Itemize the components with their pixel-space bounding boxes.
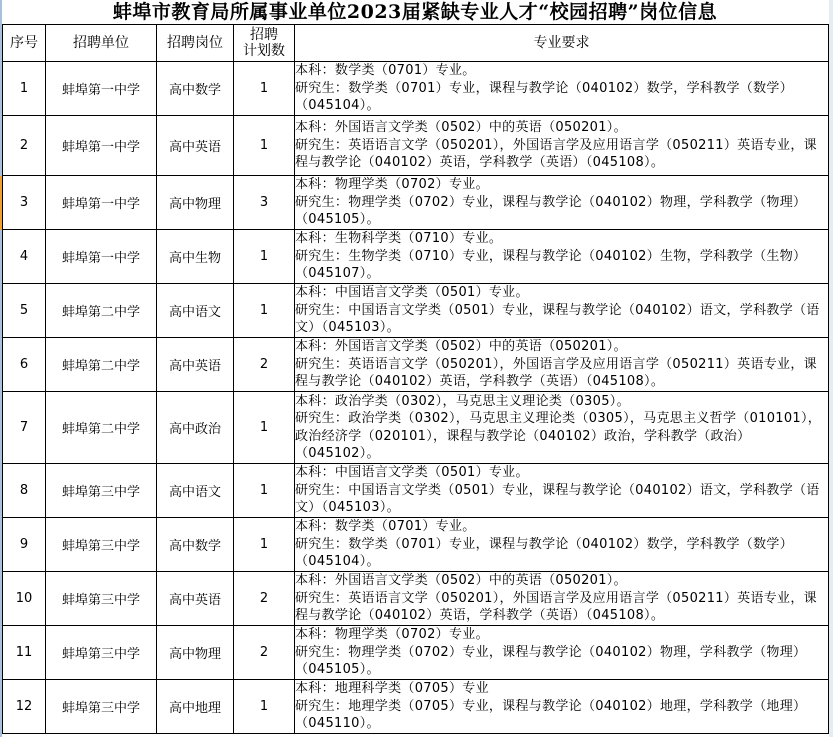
cell-no[interactable]: 7: [3, 392, 46, 464]
table-row[interactable]: 10蚌埠第三中学高中英语2本科：外国语言文学类（0502）中的英语（050201…: [3, 572, 829, 626]
cell-no[interactable]: 11: [3, 626, 46, 680]
cell-unit[interactable]: 蚌埠第一中学: [46, 62, 157, 116]
cell-post[interactable]: 高中英语: [157, 338, 234, 392]
cell-plan[interactable]: 3: [234, 176, 295, 230]
table-row[interactable]: 4蚌埠第一中学高中生物1本科：生物科学类（0710）专业。研究生：生物学类（07…: [3, 230, 829, 284]
cell-plan[interactable]: 1: [234, 284, 295, 338]
header-no: 序号: [3, 25, 46, 62]
requirement-undergrad: 本科：生物科学类（0710）专业。: [295, 230, 828, 248]
cell-unit[interactable]: 蚌埠第一中学: [46, 230, 157, 284]
cell-no[interactable]: 8: [3, 464, 46, 518]
cell-no[interactable]: 1: [3, 62, 46, 116]
cell-unit[interactable]: 蚌埠第一中学: [46, 176, 157, 230]
cell-unit[interactable]: 蚌埠第二中学: [46, 392, 157, 464]
header-unit: 招聘单位: [46, 25, 157, 62]
cell-no[interactable]: 4: [3, 230, 46, 284]
requirement-undergrad: 本科：数学类（0701）专业。: [295, 518, 828, 536]
cell-post[interactable]: 高中语文: [157, 464, 234, 518]
requirement-postgrad: 研究生：英语语言文学（050201），外国语言学及应用语言学（050211）英语…: [295, 137, 828, 172]
cell-requirements[interactable]: 本科：中国语言文学类（0501）专业。研究生：中国语言文学类（0501）专业，课…: [295, 284, 829, 338]
cell-unit[interactable]: 蚌埠第三中学: [46, 680, 157, 734]
requirement-postgrad: 研究生：数学类（0701）专业，课程与教学论（040102）数学，学科教学（数学…: [295, 80, 828, 115]
cell-plan[interactable]: 1: [234, 230, 295, 284]
requirement-undergrad: 本科：中国语言文学类（0501）专业。: [295, 284, 828, 302]
cell-requirements[interactable]: 本科：数学类（0701）专业。研究生：数学类（0701）专业，课程与教学论（04…: [295, 62, 829, 116]
requirement-undergrad: 本科：物理学类（0702）专业。: [295, 626, 828, 644]
table-row[interactable]: 7蚌埠第二中学高中政治1本科：政治学类（0302），马克思主义理论类（0305）…: [3, 392, 829, 464]
cell-plan[interactable]: 1: [234, 518, 295, 572]
cell-plan[interactable]: 2: [234, 626, 295, 680]
requirement-undergrad: 本科：外国语言文学类（0502）中的英语（050201）。: [295, 572, 828, 590]
cell-no[interactable]: 2: [3, 116, 46, 176]
positions-table: 序号 招聘单位 招聘岗位 招聘 计划数 专业要求 1蚌埠第一中学高中数学1本科：…: [2, 24, 829, 734]
cell-unit[interactable]: 蚌埠第二中学: [46, 338, 157, 392]
table-row[interactable]: 12蚌埠第三中学高中地理1本科：地理科学类（0705）专业研究生：地理学类（07…: [3, 680, 829, 734]
table-row[interactable]: 1蚌埠第一中学高中数学1本科：数学类（0701）专业。研究生：数学类（0701）…: [3, 62, 829, 116]
cell-post[interactable]: 高中地理: [157, 680, 234, 734]
cell-plan[interactable]: 1: [234, 464, 295, 518]
requirement-undergrad: 本科：物理学类（0702）专业。: [295, 176, 828, 194]
cell-unit[interactable]: 蚌埠第三中学: [46, 464, 157, 518]
cell-post[interactable]: 高中数学: [157, 518, 234, 572]
header-post: 招聘岗位: [157, 25, 234, 62]
requirement-postgrad: 研究生：英语语言文学（050201），外国语言学及应用语言学（050211）英语…: [295, 590, 828, 625]
cell-no[interactable]: 5: [3, 284, 46, 338]
cell-post[interactable]: 高中英语: [157, 116, 234, 176]
requirement-postgrad: 研究生：英语语言文学（050201），外国语言学及应用语言学（050211）英语…: [295, 356, 828, 391]
cell-no[interactable]: 6: [3, 338, 46, 392]
table-row[interactable]: 8蚌埠第三中学高中语文1本科：中国语言文学类（0501）专业。研究生：中国语言文…: [3, 464, 829, 518]
cell-unit[interactable]: 蚌埠第三中学: [46, 518, 157, 572]
cell-plan[interactable]: 2: [234, 338, 295, 392]
cell-requirements[interactable]: 本科：地理科学类（0705）专业研究生：地理学类（0705）专业，课程与教学论（…: [295, 680, 829, 734]
cell-no[interactable]: 3: [3, 176, 46, 230]
requirement-undergrad: 本科：外国语言文学类（0502）中的英语（050201）。: [295, 119, 828, 137]
sheet-right-edge: [829, 0, 833, 737]
cell-requirements[interactable]: 本科：外国语言文学类（0502）中的英语（050201）。研究生：英语语言文学（…: [295, 116, 829, 176]
cell-requirements[interactable]: 本科：物理学类（0702）专业。研究生：物理学类（0702）专业，课程与教学论（…: [295, 626, 829, 680]
cell-no[interactable]: 10: [3, 572, 46, 626]
cell-requirements[interactable]: 本科：数学类（0701）专业。研究生：数学类（0701）专业，课程与教学论（04…: [295, 518, 829, 572]
cell-requirements[interactable]: 本科：外国语言文学类（0502）中的英语（050201）。研究生：英语语言文学（…: [295, 572, 829, 626]
cell-post[interactable]: 高中物理: [157, 626, 234, 680]
cell-plan[interactable]: 1: [234, 680, 295, 734]
cell-post[interactable]: 高中生物: [157, 230, 234, 284]
cell-unit[interactable]: 蚌埠第三中学: [46, 572, 157, 626]
table-row[interactable]: 11蚌埠第三中学高中物理2本科：物理学类（0702）专业。研究生：物理学类（07…: [3, 626, 829, 680]
cell-unit[interactable]: 蚌埠第一中学: [46, 116, 157, 176]
header-plan-line1: 招聘: [234, 27, 294, 43]
page-title: 蚌埠市教育局所属事业单位2023届紧缺专业人才“校园招聘”岗位信息: [2, 0, 828, 24]
header-plan: 招聘 计划数: [234, 25, 295, 62]
requirement-undergrad: 本科：数学类（0701）专业。: [295, 62, 828, 80]
cell-post[interactable]: 高中政治: [157, 392, 234, 464]
cell-plan[interactable]: 1: [234, 392, 295, 464]
requirement-postgrad: 研究生：中国语言文学类（0501）专业，课程与教学论（040102）语文，学科教…: [295, 302, 828, 337]
table-row[interactable]: 9蚌埠第三中学高中数学1本科：数学类（0701）专业。研究生：数学类（0701）…: [3, 518, 829, 572]
requirement-postgrad: 研究生：数学类（0701）专业，课程与教学论（040102）数学，学科教学（数学…: [295, 536, 828, 571]
requirement-postgrad: 研究生：生物学类（0710）专业，课程与教学论（040102）生物，学科教学（生…: [295, 248, 828, 283]
cell-plan[interactable]: 1: [234, 116, 295, 176]
cell-no[interactable]: 12: [3, 680, 46, 734]
header-row: 序号 招聘单位 招聘岗位 招聘 计划数 专业要求: [3, 25, 829, 62]
table-row[interactable]: 2蚌埠第一中学高中英语1本科：外国语言文学类（0502）中的英语（050201）…: [3, 116, 829, 176]
table-body: 1蚌埠第一中学高中数学1本科：数学类（0701）专业。研究生：数学类（0701）…: [3, 62, 829, 734]
table-row[interactable]: 6蚌埠第二中学高中英语2本科：外国语言文学类（0502）中的英语（050201）…: [3, 338, 829, 392]
requirement-undergrad: 本科：政治学类（0302），马克思主义理论类（0305）。: [295, 393, 828, 411]
requirement-postgrad: 研究生：物理学类（0702）专业，课程与教学论（040102）物理，学科教学（物…: [295, 194, 828, 229]
cell-unit[interactable]: 蚌埠第三中学: [46, 626, 157, 680]
cell-plan[interactable]: 1: [234, 62, 295, 116]
cell-requirements[interactable]: 本科：外国语言文学类（0502）中的英语（050201）。研究生：英语语言文学（…: [295, 338, 829, 392]
table-row[interactable]: 5蚌埠第二中学高中语文1本科：中国语言文学类（0501）专业。研究生：中国语言文…: [3, 284, 829, 338]
requirement-postgrad: 研究生：地理学类（0705）专业，课程与教学论（040102）地理，学科教学（地…: [295, 698, 828, 733]
requirement-undergrad: 本科：中国语言文学类（0501）专业。: [295, 464, 828, 482]
cell-plan[interactable]: 2: [234, 572, 295, 626]
cell-post[interactable]: 高中英语: [157, 572, 234, 626]
header-requirements: 专业要求: [295, 25, 829, 62]
cell-post[interactable]: 高中数学: [157, 62, 234, 116]
cell-requirements[interactable]: 本科：物理学类（0702）专业。研究生：物理学类（0702）专业，课程与教学论（…: [295, 176, 829, 230]
cell-requirements[interactable]: 本科：中国语言文学类（0501）专业。研究生：中国语言文学类（0501）专业，课…: [295, 464, 829, 518]
cell-post[interactable]: 高中语文: [157, 284, 234, 338]
cell-requirements[interactable]: 本科：政治学类（0302），马克思主义理论类（0305）。研究生：政治学类（03…: [295, 392, 829, 464]
requirement-undergrad: 本科：地理科学类（0705）专业: [295, 680, 828, 698]
cell-no[interactable]: 9: [3, 518, 46, 572]
requirement-postgrad: 研究生：物理学类（0702）专业，课程与教学论（040102）物理，学科教学（物…: [295, 644, 828, 679]
header-plan-line2: 计划数: [234, 43, 294, 59]
table-row[interactable]: 3蚌埠第一中学高中物理3本科：物理学类（0702）专业。研究生：物理学类（070…: [3, 176, 829, 230]
requirement-postgrad: 研究生：政治学类（0302），马克思主义理论类（0305），马克思主义哲学（01…: [295, 410, 828, 463]
cell-requirements[interactable]: 本科：生物科学类（0710）专业。研究生：生物学类（0710）专业，课程与教学论…: [295, 230, 829, 284]
requirement-postgrad: 研究生：中国语言文学类（0501）专业，课程与教学论（040102）语文，学科教…: [295, 482, 828, 517]
cell-unit[interactable]: 蚌埠第二中学: [46, 284, 157, 338]
cell-post[interactable]: 高中物理: [157, 176, 234, 230]
requirement-undergrad: 本科：外国语言文学类（0502）中的英语（050201）。: [295, 338, 828, 356]
